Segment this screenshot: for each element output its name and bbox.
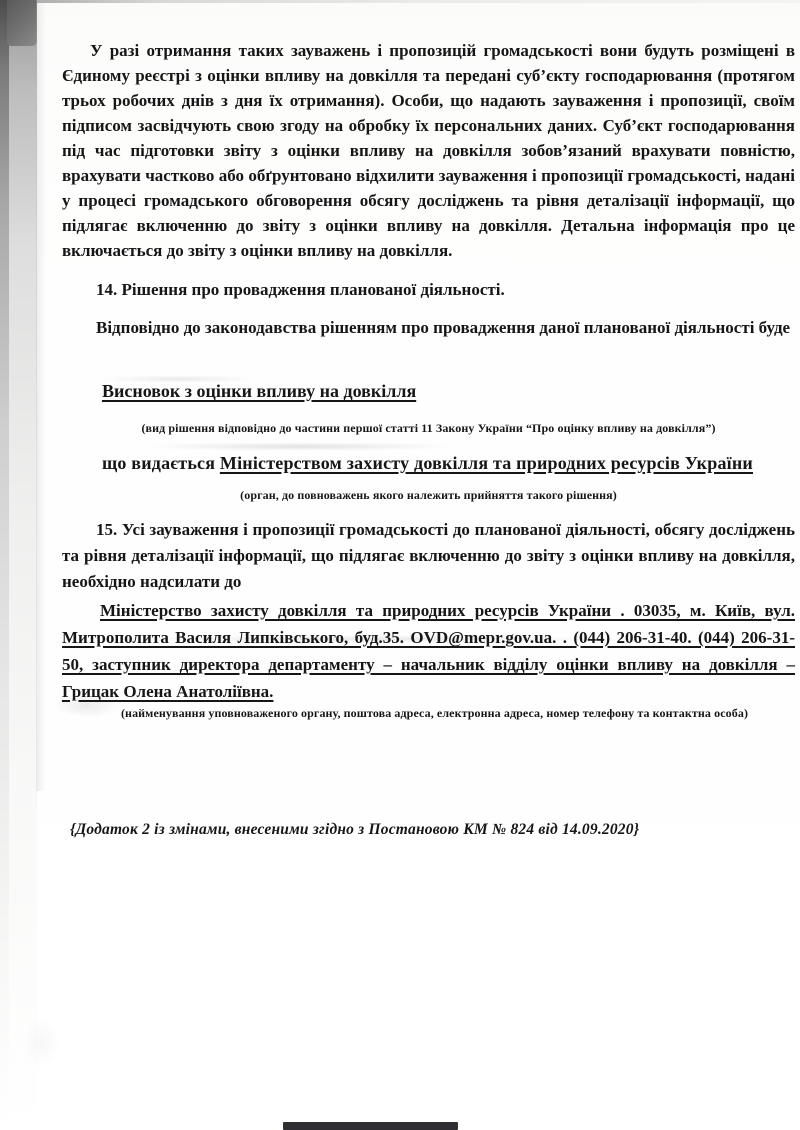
scan-left-edge-shadow-outer <box>9 0 37 1130</box>
scan-bottom-black-mark <box>283 1122 458 1130</box>
document-body: У разі отримання таких зауважень і пропо… <box>62 0 795 842</box>
item14-text: Відповідно до законодавства рішенням про… <box>62 315 795 340</box>
issued-by-line: що видається Міністерством захисту довкі… <box>62 450 795 476</box>
amendment-note: {Додаток 2 із змінами, внесеними згідно … <box>62 817 795 842</box>
scan-faint-blob <box>24 1018 60 1068</box>
conclusion-caption: (вид рішення відповідно до частини першо… <box>62 420 795 436</box>
scan-left-edge-shadow-inner <box>0 0 9 1130</box>
item14-heading: 14. Рішення про провадження планованої д… <box>62 277 795 302</box>
recipient-caption: (найменування уповноваженого органу, пош… <box>62 705 795 721</box>
scan-paper-edge-fade <box>36 0 46 791</box>
scanned-document-page: У разі отримання таких зауважень і пропо… <box>0 0 800 1130</box>
issued-by-prefix: що видається <box>102 453 215 473</box>
issued-by-ministry-underlined: Міністерством захисту довкілля та природ… <box>220 453 753 473</box>
item15-paragraph: 15. Усі зауваження і пропозиції громадсь… <box>62 517 795 595</box>
conclusion-title-underlined-text: Висновок з оцінки впливу на довкілля <box>102 381 416 401</box>
scan-top-left-corner-mark <box>7 0 37 46</box>
intro-paragraph: У разі отримання таких зауважень і пропо… <box>62 38 795 263</box>
recipient-underlined-text: Міністерство захисту довкілля та природн… <box>62 601 795 701</box>
issued-by-caption: (орган, до повноважень якого належить пр… <box>62 487 795 503</box>
conclusion-title: Висновок з оцінки впливу на довкілля <box>62 378 795 404</box>
recipient-paragraph: Міністерство захисту довкілля та природн… <box>62 597 795 705</box>
